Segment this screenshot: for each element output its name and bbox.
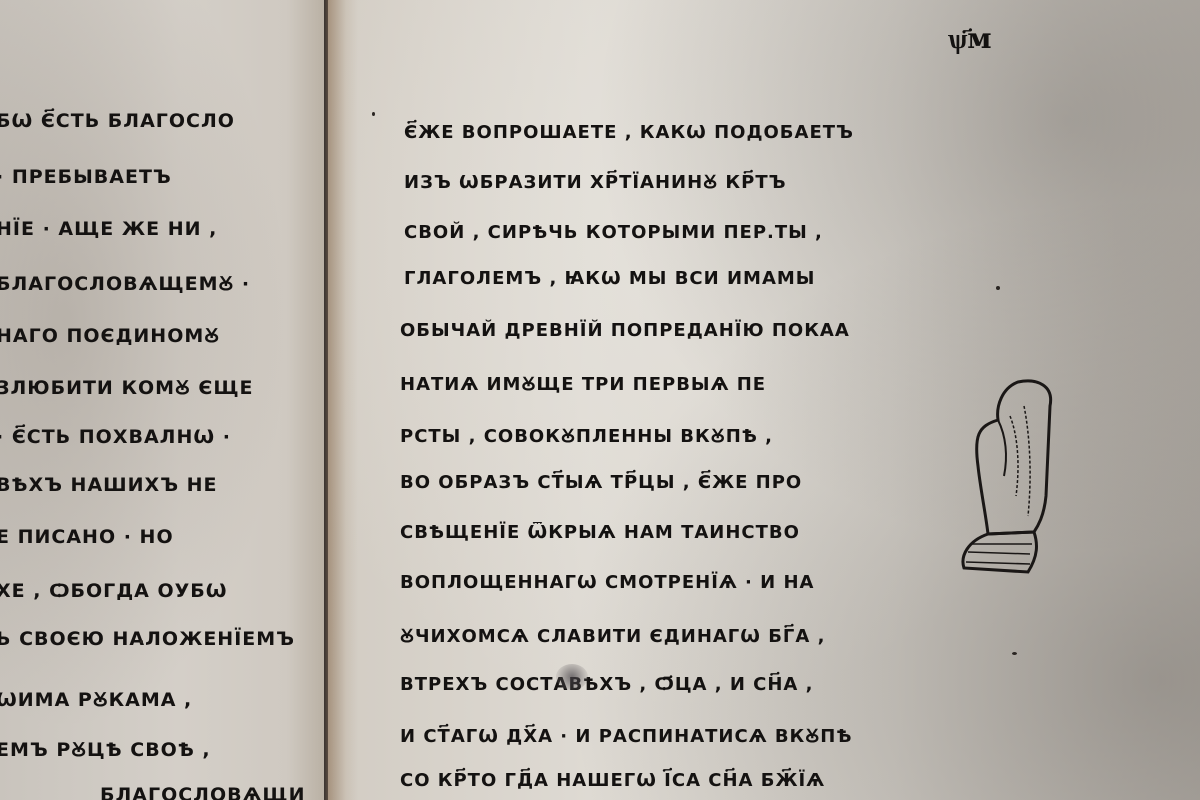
folio-number: ѱ҃м: [948, 22, 992, 56]
pointing-hand-woodcut-icon: [958, 376, 1054, 576]
left-line: злюбити комꙋ єще: [0, 374, 254, 400]
right-line: рсты , совокꙋпленны вкꙋпѣ ,: [400, 424, 773, 448]
right-line: свой , сирѣчь которыми пер.ты ,: [404, 222, 823, 243]
right-line: воплощеннагѡ смотренїѧ · и на: [400, 572, 814, 593]
left-line: нїе · аще же ни ,: [0, 218, 217, 240]
left-line: емъ рꙋцѣ своѣ ,: [0, 736, 211, 762]
left-line: · пребываетъ: [0, 166, 172, 188]
ink-blot: [556, 664, 588, 690]
speckle: [140, 640, 143, 643]
left-line: ь своєю наложенїемъ: [0, 628, 295, 650]
left-line: е писано · но: [0, 526, 174, 548]
left-page: бѡ є҃сть благосло · пребываетъ нїе · аще…: [0, 0, 326, 800]
left-line: благословѧщемꙋ ·: [0, 270, 250, 296]
right-line: во образъ ст҃ыѧ тр҃цы , є҃же про: [400, 472, 802, 493]
right-line: натиѧ имꙋще три первыѧ пе: [400, 372, 766, 396]
left-line: · є҃сть похвалнѡ ·: [0, 426, 231, 448]
left-line: ѡима рꙋкама ,: [0, 686, 192, 712]
left-line: бѡ є҃сть благосло: [0, 110, 235, 132]
right-line: глаголемъ , ꙗкѡ мы вси имамы: [404, 268, 815, 289]
right-line: со кр҃то гд҃а нашегѡ і҃са сн҃а бж҃їѧ: [400, 770, 825, 791]
right-line: и ст҃агѡ дх҃а · и распинатисѧ вкꙋпѣ: [400, 724, 852, 748]
right-line: изъ ѡбразити хр҃тїанинꙋ кр҃тъ: [404, 170, 787, 194]
right-line: втрехъ составѣхъ , ѻ҃ца , и сн҃а ,: [400, 674, 813, 695]
left-line: благословѧщи: [100, 784, 306, 800]
speckle: [1012, 652, 1017, 655]
book-photo: бѡ є҃сть благосло · пребываетъ нїе · аще…: [0, 0, 1200, 800]
gutter-stain: [328, 0, 358, 800]
speckle: [372, 112, 375, 116]
left-line: вѣхъ нашихъ не: [0, 474, 218, 496]
left-line: хе , ѻбогда оубѡ: [0, 580, 228, 602]
speckle: [996, 286, 1000, 290]
right-line: ꙋчихомсѧ славити єдинагѡ бг҃а ,: [400, 624, 825, 648]
left-line: наго поєдиномꙋ: [0, 322, 220, 348]
right-line: є҃же вопрошаете , какѡ подобаетъ: [404, 122, 854, 143]
right-line: обычай древнїй попреданїю покаа: [400, 320, 850, 341]
right-line: свѣщенїе ѿкрыѧ нам таинство: [400, 522, 800, 543]
